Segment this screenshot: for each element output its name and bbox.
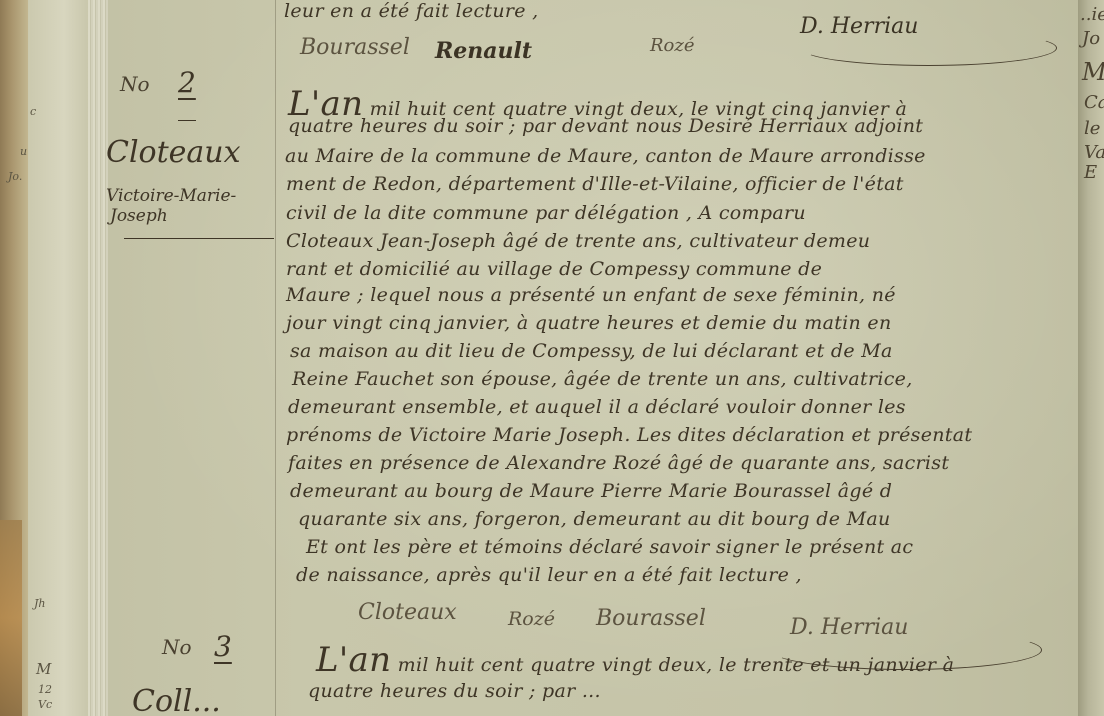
binding-leather xyxy=(0,520,22,716)
body-line: Reine Fauchet son épouse, âgée de trente… xyxy=(292,368,913,390)
left-note: u xyxy=(20,145,27,158)
left-note: Jo. xyxy=(8,170,22,183)
body-line: Cloteaux Jean-Joseph âgé de trente ans, … xyxy=(286,230,870,252)
signature: Cloteaux xyxy=(358,600,457,625)
body-line: ment de Redon, département d'Ille-et-Vil… xyxy=(286,173,904,195)
entry-number: 2 xyxy=(178,66,196,99)
body-line: civil de la dite commune par délégation … xyxy=(286,202,806,224)
facing-page-text: Jo xyxy=(1082,28,1100,49)
body-line: Et ont les père et témoins déclaré savoi… xyxy=(306,536,913,558)
entry-number-label: No xyxy=(120,72,150,96)
facing-page-text: le xyxy=(1084,118,1100,139)
facing-page-text: M xyxy=(1082,58,1104,86)
margin-rule xyxy=(275,0,276,716)
facing-page-text: Ca xyxy=(1084,92,1104,113)
body-line: faites en présence de Alexandre Rozé âgé… xyxy=(288,452,949,474)
margin-underline xyxy=(124,238,274,239)
signature: Bourassel xyxy=(596,606,706,631)
facing-page-text: E xyxy=(1084,162,1097,183)
left-note: Vc xyxy=(38,698,52,711)
entry-number-label: No xyxy=(162,635,192,659)
body-line: au Maire de la commune de Maure, canton … xyxy=(285,145,926,167)
body-line: jour vingt cinq janvier, à quatre heures… xyxy=(286,312,892,334)
body-line: quatre heures du soir ; par devant nous … xyxy=(288,115,923,137)
signature: Renault xyxy=(435,38,532,64)
entry-number: 3 xyxy=(214,630,232,663)
body-line: quatre heures du soir ; par ... xyxy=(308,680,601,702)
body-line: demeurant ensemble, et auquel il a décla… xyxy=(288,396,906,418)
body-line: rant et domicilié au village de Compessy… xyxy=(286,258,822,280)
body-line: demeurant au bourg de Maure Pierre Marie… xyxy=(290,480,892,502)
body-line: de naissance, après qu'il leur en a été … xyxy=(296,564,802,586)
margin-surname: Coll... xyxy=(132,684,221,716)
left-note: M xyxy=(36,660,51,678)
signature-flourish xyxy=(800,30,1057,66)
margin-given-names: Joseph xyxy=(110,206,168,226)
body-line: prénoms de Victoire Marie Joseph. Les di… xyxy=(286,424,972,446)
body-line: sa maison au dit lieu de Compessy, de lu… xyxy=(290,340,893,362)
signature: Bourassel xyxy=(300,35,410,60)
number-dash xyxy=(178,120,196,121)
page-edges xyxy=(88,0,108,716)
document-scan: c u Jo. Jh M 12 Vc leur en a été fait le… xyxy=(0,0,1104,716)
body-line: Maure ; lequel nous a présenté un enfant… xyxy=(286,284,896,306)
signature: Rozé xyxy=(508,608,555,630)
margin-given-names: Victoire-Marie- xyxy=(106,186,236,206)
facing-page-text: Va xyxy=(1084,142,1104,163)
signature: Rozé xyxy=(650,35,695,56)
margin-surname: Cloteaux xyxy=(106,135,241,170)
body-line: quarante six ans, forgeron, demeurant au… xyxy=(298,508,891,530)
body-line: L'an mil huit cent quatre vingt deux, le… xyxy=(316,640,954,680)
left-note: 12 xyxy=(38,683,52,696)
facing-page-text: ..ie xyxy=(1080,4,1104,25)
previous-entry-closing-line: leur en a été fait lecture , xyxy=(284,0,538,22)
left-note: Jh xyxy=(34,597,46,610)
left-note: c xyxy=(30,105,36,118)
